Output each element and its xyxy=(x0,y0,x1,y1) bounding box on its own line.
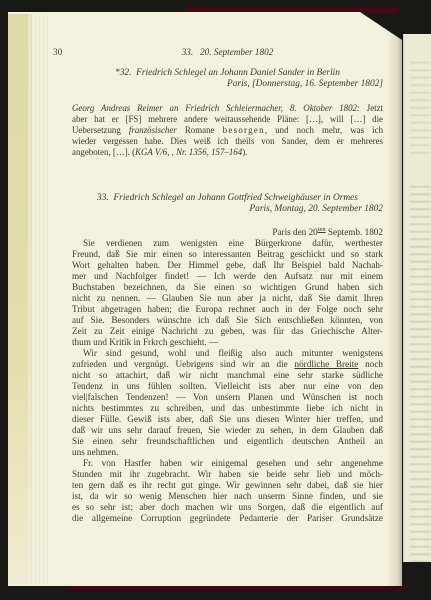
text-line: Paris den 20ten Septemb. 1802 xyxy=(72,227,383,238)
page-gutter-shadow xyxy=(386,12,402,586)
text-line: ten gern daß es ihr recht gut ginge. Wir… xyxy=(72,480,383,491)
text-line: nichts bestimmtes zu schreiben, und das … xyxy=(72,403,383,414)
text-line: aber hat er [FS] mehrere andere weitauss… xyxy=(72,114,383,125)
letter32-heading-block: *32. Friedrich Schlegel an Johann Daniel… xyxy=(72,68,383,90)
letter32-excerpt: Georg Andreas Reimer an Friedrich Schlei… xyxy=(72,103,383,158)
page-number: 30 xyxy=(53,46,62,58)
text-line: daß wir uns sehr darauf freuen, Sie wied… xyxy=(72,425,383,436)
text-line: Wir sind gesund, wohl und fleißig also a… xyxy=(72,348,383,359)
text-line: Buchstaben bezeichnen, da Sie einen so w… xyxy=(72,282,383,293)
text-line: 15Tendenz in uns fühlen sollten. Viellei… xyxy=(72,381,383,392)
text-line: Wort gehalten haben. Der Himmel gebe, da… xyxy=(72,260,383,271)
next-page-ghost-text xyxy=(410,62,430,158)
text-line: uns nehmen. xyxy=(72,447,383,458)
text-line: dieser Fülle. Gewiß ists aber, daß Sie u… xyxy=(72,414,383,425)
page-text-area: 30 33. 20. September 1802 *32. Friedrich… xyxy=(72,12,383,586)
letter33-heading-block: 33. Friedrich Schlegel an Johann Gottfri… xyxy=(72,193,383,215)
text-line: 10Zeit zu Zeit einige Nachricht zu geben… xyxy=(72,326,383,337)
text-line: es so sehr ist; aber doch machen wir uns… xyxy=(72,502,383,513)
book-page: 30 33. 20. September 1802 *32. Friedrich… xyxy=(8,12,402,586)
text-line: Stunden mit ihr zugebracht. Wir haben si… xyxy=(72,469,383,480)
text-line: 5mer und Nachfolger findet! — Ich werde … xyxy=(72,271,383,282)
text-line: 20Sie einen sehr freundschaftlichen und … xyxy=(72,436,383,447)
letter32-place-date: Paris, [Donnerstag, 16. September 1802] xyxy=(72,79,383,90)
text-line: viel|falschen Tendenzen! — Von unsern Pl… xyxy=(72,392,383,403)
text-line: Georg Andreas Reimer an Friedrich Schlei… xyxy=(72,103,383,114)
text-line: Sie verdienen zum wenigsten eine Bürgerk… xyxy=(72,238,383,249)
text-line: zufrieden und vergnügt. Uebrigens sind w… xyxy=(72,359,383,370)
next-page-edge xyxy=(403,34,431,562)
text-line: 25ist, da wir so wenig Menschen hier nac… xyxy=(72,491,383,502)
letter33-text: Paris den 20ten Septemb. 1802Sie verdien… xyxy=(72,227,383,524)
text-line: auf Sie. Besonders wünschte ich daß Sie … xyxy=(72,315,383,326)
text-line: nicht so attachirt, daß wir nicht manchm… xyxy=(72,370,383,381)
book-photo: 30 33. 20. September 1802 *32. Friedrich… xyxy=(0,0,431,600)
letter33-heading: 33. Friedrich Schlegel an Johann Gottfri… xyxy=(72,193,383,204)
letter33-place-date: Paris, Montag, 20. September 1802 xyxy=(72,204,383,215)
text-line: 5angeboten, […]. (KGA V/6, , Nr. 1356, 1… xyxy=(72,147,383,158)
next-page-ghost-text xyxy=(410,186,430,568)
text-line: Uebersetzung französischer Romane besorg… xyxy=(72,125,383,136)
text-line: thum und Kritik in Frkrch geschieht. — xyxy=(72,337,383,348)
page-stack-lines xyxy=(28,14,50,584)
text-line: wieder vergessen habe. Dies weiß ich the… xyxy=(72,136,383,147)
text-line: Freund, daß Sie mir einen so interessant… xyxy=(72,249,383,260)
text-line: die allgemeine Corruption gegründete Ped… xyxy=(72,513,383,524)
running-header-title: 33. 20. September 1802 xyxy=(72,46,383,58)
text-line: nicht zu nennen. — Glauben Sie nun aber … xyxy=(72,293,383,304)
text-line: Tribut abgetragen haben; die Europa rech… xyxy=(72,304,383,315)
running-header: 30 33. 20. September 1802 xyxy=(72,46,383,58)
text-line: Fr. von Hastfer haben wir einigemal gese… xyxy=(72,458,383,469)
letter32-heading: *32. Friedrich Schlegel an Johann Daniel… xyxy=(72,68,383,79)
